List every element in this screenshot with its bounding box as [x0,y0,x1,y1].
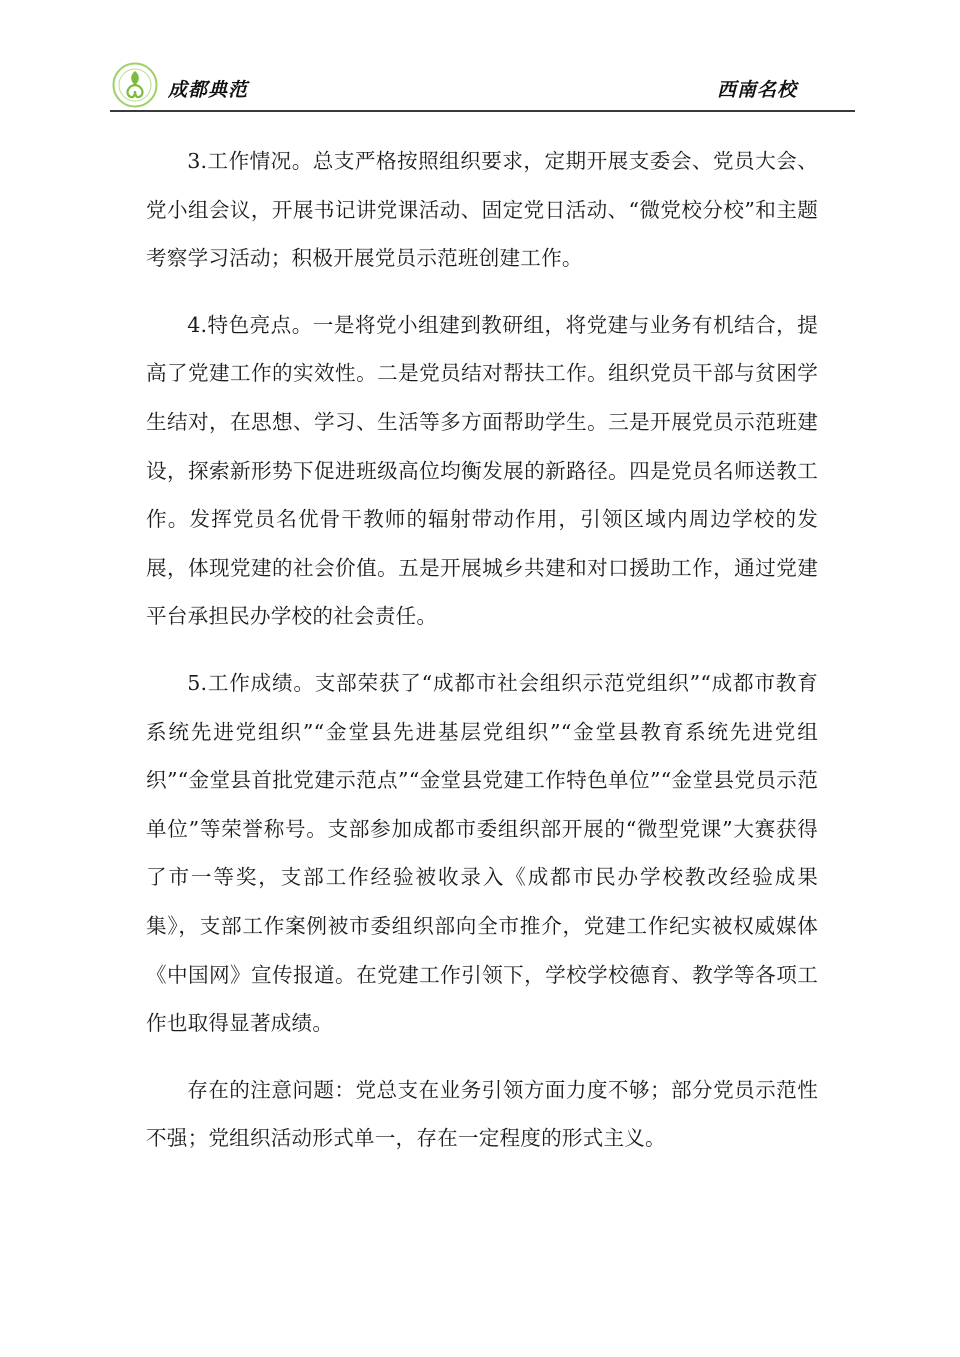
header-divider [110,110,855,112]
header-right-title: 西南名校 [717,75,797,102]
document-body: 3.工作情况。总支严格按照组织要求，定期开展支委会、党员大会、党小组会议，开展书… [146,137,818,1181]
header-left-title: 成都典范 [168,75,248,102]
page-header: 成都典范 西南名校 [110,62,855,112]
paragraph-work-status: 3.工作情况。总支严格按照组织要求，定期开展支委会、党员大会、党小组会议，开展书… [146,137,818,283]
paragraph-highlights: 4.特色亮点。一是将党小组建到教研组，将党建与业务有机结合，提高了党建工作的实效… [146,301,818,641]
paragraph-existing-problems: 存在的注意问题：党总支在业务引领方面力度不够；部分党员示范性不强；党组织活动形式… [146,1066,818,1163]
paragraph-achievements: 5.工作成绩。支部荣获了“成都市社会组织示范党组织”“成都市教育系统先进党组织”… [146,659,818,1048]
school-emblem-icon [112,62,158,108]
